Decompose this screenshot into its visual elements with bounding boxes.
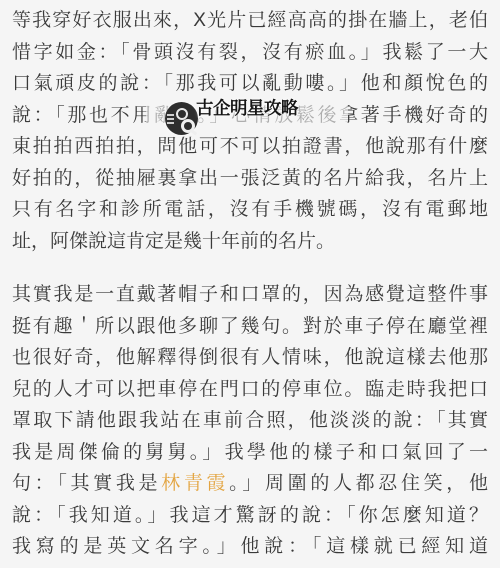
watermark-text: 古企明星攻略	[196, 95, 298, 120]
text-line: 址，阿傑說這肯定是幾十年前的名片。	[12, 226, 488, 258]
text-segment: 句：「其實我是	[12, 473, 161, 494]
icon-stripes	[167, 112, 174, 126]
magnifier-badge-icon	[165, 102, 198, 135]
text-line: 惜字如金：「骨頭沒有裂，沒有瘀血。」我鬆了一大	[12, 37, 488, 69]
article-text: 等我穿好衣服出來，X光片已經高高的掛在牆上，老伯 惜字如金：「骨頭沒有裂，沒有瘀…	[12, 5, 488, 563]
text-line: 也很好奇，他解釋得倒很有人情味，他說這樣去他那	[12, 342, 488, 374]
text-line: 我寫的是英文名字。」他說：「這樣就已經知道	[12, 531, 488, 563]
text-line-with-highlight: 句：「其實我是林青霞。」周圍的人都忍住笑，他	[12, 468, 488, 500]
text-segment: 。」周圍的人都忍住笑，他	[229, 473, 488, 494]
paragraph-spacer	[12, 257, 488, 279]
text-line: 好拍的，從抽屜裏拿出一張泛黃的名片給我，名片上	[12, 163, 488, 195]
text-line: 挺有趣＇所以跟他多聊了幾句。對於車子停在廳堂裡	[12, 311, 488, 343]
text-line: 罩取下請他跟我站在車前合照，他淡淡的說：「其實	[12, 405, 488, 437]
text-line: 我是周傑倫的舅舅。」我學他的樣子和口氣回了一	[12, 437, 488, 469]
paragraph: 其實我是一直戴著帽子和口罩的，因為感覺這整件事 挺有趣＇所以跟他多聊了幾句。對於…	[12, 279, 488, 563]
text-line: 其實我是一直戴著帽子和口罩的，因為感覺這整件事	[12, 279, 488, 311]
text-line: 等我穿好衣服出來，X光片已經高高的掛在牆上，老伯	[12, 5, 488, 37]
text-line: 說：「我知道。」我這才驚訝的說：「你怎麼知道？	[12, 500, 488, 532]
highlighted-name: 林青霞	[161, 473, 229, 494]
text-line: 只有名字和診所電話，沒有手機號碼，沒有電郵地	[12, 194, 488, 226]
text-line: 兒的人才可以把車停在門口的停車位。臨走時我把口	[12, 374, 488, 406]
